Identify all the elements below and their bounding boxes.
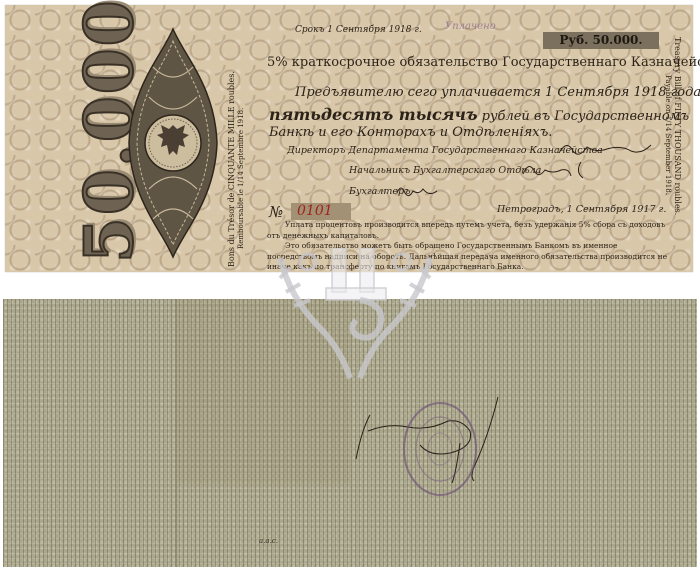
- payment-line-2: пятьдесятъ тысячъ рублей въ Государствен…: [269, 105, 689, 124]
- fold-line: [176, 299, 177, 567]
- french-side-text: Bons du Trésor de CINQUANTE MILLE rouble…: [227, 71, 236, 267]
- amount-in-words: пятьдесятъ тысячъ: [269, 105, 478, 124]
- signatory-chief-accountant: Начальникъ Бухгалтерскаго Отдѣла: [349, 165, 541, 176]
- amount-box: Руб. 50.000.: [543, 32, 659, 49]
- violet-stamp-overprint: Уплачено: [445, 21, 496, 32]
- handwritten-note: а.а.с.: [259, 537, 278, 545]
- payment-line-2-rest: рублей въ Государственномъ: [478, 109, 690, 124]
- chief-accountant-signature-icon: [521, 160, 601, 182]
- payment-line-1: Предъявителю сего уплачивается 1 Сентябр…: [295, 85, 700, 100]
- note-title: 5% краткосрочное обязательство Государст…: [267, 55, 700, 70]
- payment-line-3: Банкѣ и его Конторахъ и Отдѣленiяхъ.: [269, 125, 552, 140]
- director-signature-icon: [557, 141, 657, 159]
- signatory-director: Директоръ Департамента Государственнаго …: [287, 145, 603, 156]
- serial-number: 0101: [291, 203, 351, 220]
- place-and-date: Петроградъ, 1 Сентября 1917 г.: [497, 204, 666, 215]
- double-headed-eagle-ornament-icon: [123, 27, 223, 259]
- serial-label: №: [269, 203, 283, 221]
- interest-terms-text: Уплата процентовъ производится впередъ п…: [267, 220, 671, 241]
- auction-watermark-logo-icon: [260, 248, 450, 388]
- french-redemption-text: Remboursable le 1/14 Septembre 1918.: [237, 108, 245, 249]
- oval-ink-stamp-icon: [400, 400, 480, 498]
- maturity-date-line: Срокъ 1 Сентября 1918 г.: [295, 25, 422, 35]
- accountant-signature-icon: [395, 181, 445, 201]
- banknote-front: 50.000 Bons du Trésor de CINQUANTE MILLE…: [5, 5, 693, 272]
